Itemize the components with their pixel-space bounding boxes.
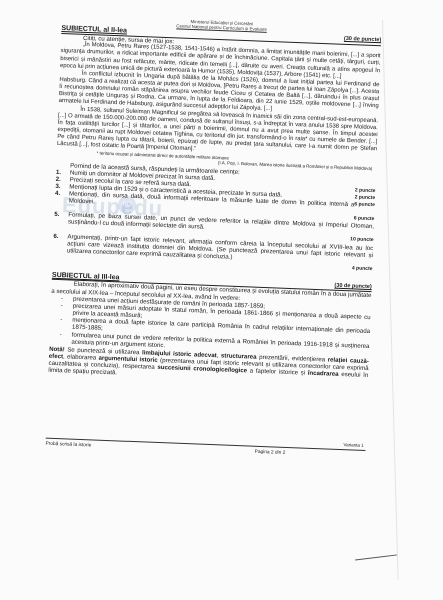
exam-page: Ministerul Educației și Cercetării Centr…: [45, 14, 381, 461]
paper-corner-line: [355, 554, 397, 560]
question-number: 5.: [54, 211, 69, 226]
dash-bullet-icon: -: [50, 302, 73, 317]
question-points: 6 puncte: [354, 202, 375, 210]
exam-name: Probă scrisă la istorie: [45, 441, 91, 450]
questions-list: Pornind de la această sursă, răspundeți …: [53, 162, 377, 273]
paper-edge: [382, 20, 399, 580]
subject3-section: SUBIECTUL al III-lea (30 de puncte) Elab…: [48, 272, 372, 387]
variant-label: Varianta 1: [343, 442, 363, 450]
source-text: „În Moldova, Petru Rareș (1527-1538, 154…: [57, 41, 381, 161]
question-number: 4.: [55, 190, 70, 205]
subject2-points: (30 de puncte): [344, 36, 382, 45]
page-number: Pagina 2 din 2: [254, 449, 285, 457]
question-number: 6.: [53, 232, 68, 254]
dash-bullet-icon: -: [50, 316, 73, 331]
dash-bullet-icon: -: [49, 330, 72, 345]
subject3-points: (30 de puncte): [334, 282, 372, 291]
